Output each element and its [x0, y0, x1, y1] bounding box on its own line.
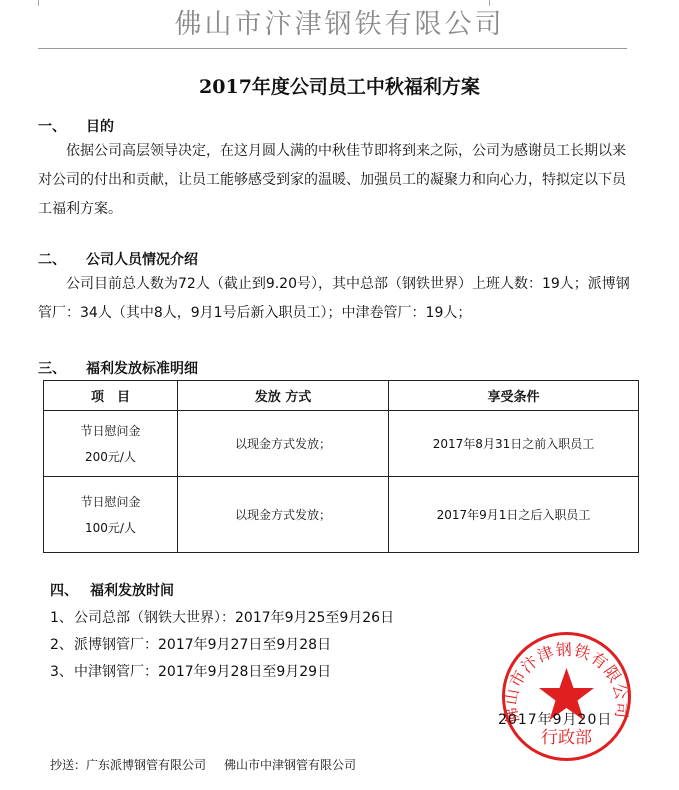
- section-title: 福利发放时间: [90, 583, 174, 599]
- condition-cell: 2017年9月1日之后入职员工: [389, 477, 639, 553]
- section-1-heading: 一、目的: [38, 116, 114, 136]
- section-3-heading: 三、福利发放标准明细: [38, 358, 198, 378]
- schedule-item: 1、公司总部（钢铁大世界）：2017年9月25至9月26日: [50, 607, 394, 627]
- table-row: 节日慰问金 200元/人 以现金方式发放； 2017年8月31日之前入职员工: [44, 411, 639, 477]
- schedule-text: 中津钢管厂：2017年9月28日至9月29日: [74, 664, 331, 680]
- method-cell: 以现金方式发放；: [178, 477, 389, 553]
- cc-line: 抄送：广东派博钢管有限公司佛山市中津钢管有限公司: [50, 756, 356, 773]
- item-cell: 节日慰问金 100元/人: [44, 477, 178, 553]
- section-4-heading: 四、福利发放时间: [50, 580, 174, 600]
- section-number: 一、: [38, 116, 86, 136]
- item-name: 节日慰问金: [45, 418, 176, 444]
- section-title: 目的: [86, 119, 114, 135]
- item-amount: 200元/人: [45, 444, 176, 470]
- stamp-department: 行政部: [541, 728, 592, 748]
- letterhead-divider: [38, 48, 627, 49]
- benefits-table: 项 目 发放 方式 享受条件 节日慰问金 200元/人 以现金方式发放； 201…: [43, 380, 639, 553]
- condition-cell: 2017年8月31日之前入职员工: [389, 411, 639, 477]
- item-name: 节日慰问金: [45, 489, 176, 515]
- section-title: 福利发放标准明细: [86, 361, 198, 377]
- document-title: 2017年度公司员工中秋福利方案: [0, 72, 679, 99]
- schedule-item: 3、中津钢管厂：2017年9月28日至9月29日: [50, 661, 331, 681]
- section-number: 二、: [38, 249, 86, 269]
- schedule-index: 1、: [50, 607, 74, 627]
- section-2-heading: 二、公司人员情况介绍: [38, 249, 198, 269]
- section-number: 三、: [38, 358, 86, 378]
- method-cell: 以现金方式发放；: [178, 411, 389, 477]
- section-2-body: 公司目前总人数为72人（截止到9.20号），其中总部（钢铁世界）上班人数：19人…: [38, 270, 640, 328]
- schedule-index: 2、: [50, 634, 74, 654]
- company-letterhead: 佛山市汴津钢铁有限公司: [0, 2, 679, 41]
- column-header-method: 发放 方式: [178, 381, 389, 411]
- schedule-index: 3、: [50, 661, 74, 681]
- table-header-row: 项 目 发放 方式 享受条件: [44, 381, 639, 411]
- item-amount: 100元/人: [45, 515, 176, 541]
- cc-recipient: 广东派博钢管有限公司: [86, 758, 206, 772]
- item-cell: 节日慰问金 200元/人: [44, 411, 178, 477]
- column-header-condition: 享受条件: [389, 381, 639, 411]
- column-header-item: 项 目: [44, 381, 178, 411]
- signature-date: 2017年9月20日: [498, 709, 612, 729]
- schedule-text: 派博钢管厂：2017年9月27日至9月28日: [74, 637, 331, 653]
- section-number: 四、: [50, 580, 90, 600]
- company-seal-stamp: 佛山市汴津钢铁有限公司 行政部: [499, 630, 634, 763]
- schedule-text: 公司总部（钢铁大世界）：2017年9月25至9月26日: [74, 610, 394, 626]
- cc-recipient: 佛山市中津钢管有限公司: [224, 758, 356, 772]
- section-1-body: 依据公司高层领导决定，在这月圆人满的中秋佳节即将到来之际，公司为感谢员工长期以来…: [38, 137, 638, 224]
- cc-label: 抄送：: [50, 758, 86, 772]
- schedule-item: 2、派博钢管厂：2017年9月27日至9月28日: [50, 634, 331, 654]
- section-title: 公司人员情况介绍: [86, 252, 198, 268]
- table-row: 节日慰问金 100元/人 以现金方式发放； 2017年9月1日之后入职员工: [44, 477, 639, 553]
